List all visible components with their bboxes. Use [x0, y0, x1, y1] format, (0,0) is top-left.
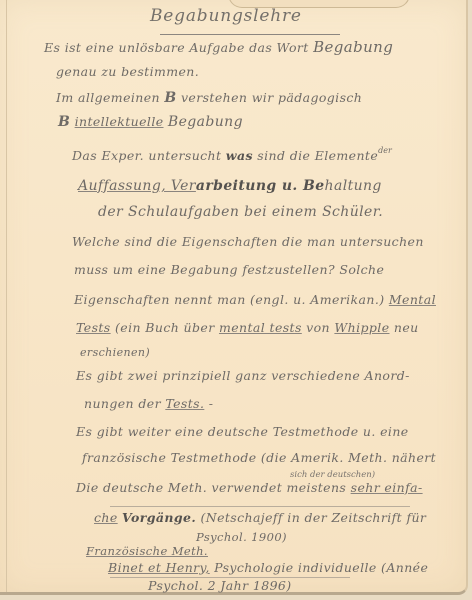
text-fragment: Das Exper. untersucht: [72, 148, 221, 163]
emphasized-text: arbeitung u. Be: [196, 178, 325, 194]
text-fragment: Begabung: [168, 114, 243, 130]
binding-edge: [6, 0, 7, 592]
text-fragment: neu: [394, 320, 419, 335]
text-line-20: Französische Meth.: [86, 544, 208, 558]
text-line-5: Das Exper. untersucht was sind die Eleme…: [72, 148, 392, 163]
text-fragment: französische Testmethode (die Amerik. Me…: [82, 450, 436, 465]
text-line-16: französische Testmethode (die Amerik. Me…: [82, 450, 436, 465]
faint-rule: [110, 506, 410, 507]
text-fragment: (Netschajeff in der Zeitschrift für: [200, 510, 426, 525]
text-fragment: der Schulaufgaben bei einem Schüler.: [98, 204, 383, 220]
text-line-6: Auffassung, Verarbeitung u. Behaltung: [78, 178, 382, 194]
circled-b-symbol: B: [164, 90, 176, 106]
text-fragment: Psychologie individuelle (Année: [214, 560, 428, 575]
underlined-text: Tests: [76, 320, 111, 335]
text-fragment: haltung: [325, 178, 382, 194]
text-line-1: Es ist eine unlösbare Aufgabe das Wort B…: [44, 38, 393, 56]
text-fragment: sind die Elemente: [257, 148, 378, 163]
emphasized-text: was: [226, 148, 253, 163]
text-fragment: von: [306, 320, 330, 335]
underlined-text: Auffassung, Ver: [78, 178, 196, 194]
text-fragment: Welche sind die Eigenschaften die man un…: [72, 234, 424, 249]
text-fragment: muss um eine Begabung festzustellen? Sol…: [74, 262, 384, 277]
underlined-text: Whipple: [334, 320, 389, 335]
text-fragment: (ein Buch über: [115, 320, 215, 335]
underlined-text: mental tests: [219, 320, 302, 335]
underlined-text: sehr einfa-: [351, 480, 423, 495]
text-line-10: Eigenschaften nennt man (engl. u. Amerik…: [74, 292, 436, 307]
text-line-4: B intellektuelle Begabung: [58, 114, 243, 130]
text-fragment: verstehen wir pädagogisch: [181, 90, 362, 105]
text-line-14: nungen der Tests. -: [84, 396, 213, 411]
text-fragment: erschienen): [80, 346, 150, 359]
text-line-18: che Vorgänge. (Netschajeff in der Zeitsc…: [94, 510, 426, 525]
text-fragment: genau zu bestimmen.: [56, 64, 199, 79]
text-line-2: genau zu bestimmen.: [56, 64, 199, 79]
text-line-15: Es gibt weiter eine deutsche Testmethode…: [76, 424, 409, 439]
text-fragment: Die deutsche Meth. verwendet meistens: [76, 480, 346, 495]
text-fragment: Psychol. 2 Jahr 1896): [148, 578, 292, 593]
text-line-11: Tests (ein Buch über mental tests von Wh…: [76, 320, 419, 335]
b-symbol: B: [58, 114, 70, 130]
title-underline: [160, 34, 340, 35]
underlined-text: che: [94, 510, 118, 525]
text-line-8: Welche sind die Eigenschaften die man un…: [72, 234, 424, 249]
underlined-text: intellektuelle: [75, 114, 164, 129]
text-fragment: Psychol. 1900): [196, 530, 287, 544]
text-line-7: der Schulaufgaben bei einem Schüler.: [98, 204, 383, 220]
text-fragment: Es gibt zwei prinzipiell ganz verschiede…: [76, 368, 410, 383]
text-fragment: Im allgemeinen: [56, 90, 160, 105]
notebook-page: Begabungslehre Es ist eine unlösbare Auf…: [0, 0, 468, 595]
text-line-3: Im allgemeinen B verstehen wir pädagogis…: [56, 90, 362, 106]
underlined-text: Tests.: [165, 396, 204, 411]
emphasized-text: Vorgänge.: [122, 510, 196, 525]
page-title: Begabungslehre: [150, 6, 302, 26]
text-line-19: Psychol. 1900): [196, 530, 287, 544]
text-fragment: Es ist eine unlösbare Aufgabe das Wort: [44, 40, 309, 55]
section-heading: Französische Meth.: [86, 544, 208, 558]
underlined-text: Binet et Henry,: [108, 560, 210, 575]
text-fragment: -: [209, 396, 214, 411]
text-fragment: Eigenschaften nennt man (engl. u. Amerik…: [74, 292, 384, 307]
text-line-21: Binet et Henry, Psychologie individuelle…: [108, 560, 428, 575]
text-line-13: Es gibt zwei prinzipiell ganz verschiede…: [76, 368, 410, 383]
text-line-22: Psychol. 2 Jahr 1896): [148, 578, 292, 593]
text-fragment: Begabung: [313, 38, 393, 56]
text-fragment: nungen der: [84, 396, 161, 411]
interlinear-note: sich der deutschen): [290, 470, 375, 480]
text-line-17: Die deutsche Meth. verwendet meistens se…: [76, 480, 423, 495]
text-fragment: Es gibt weiter eine deutsche Testmethode…: [76, 424, 409, 439]
text-line-12: erschienen): [80, 346, 150, 359]
text-line-9: muss um eine Begabung festzustellen? Sol…: [74, 262, 384, 277]
superscript-insertion: der: [378, 146, 392, 155]
underlined-text: Mental: [389, 292, 436, 307]
